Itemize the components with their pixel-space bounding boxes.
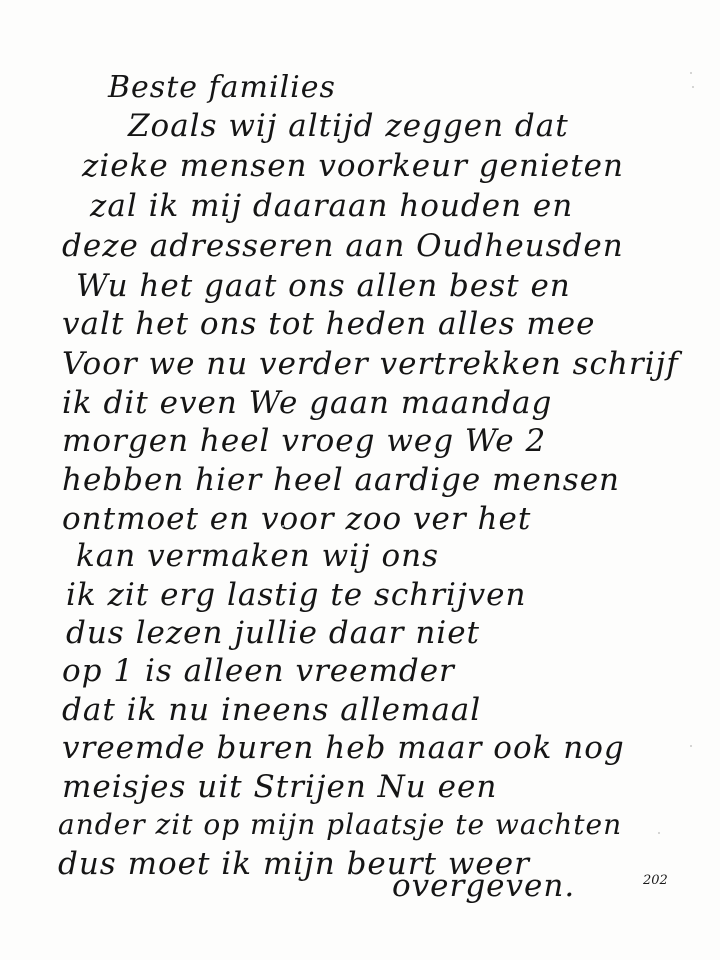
letter-line: dat ik nu ineens allemaal: [62, 692, 481, 728]
letter-line: deze adresseren aan Oudheusden: [62, 228, 624, 264]
scan-speck: [282, 525, 284, 527]
letter-line: hebben hier heel aardige mensen: [62, 462, 620, 498]
letter-line: vreemde buren heb maar ook nog: [62, 730, 625, 766]
letter-line: Wu het gaat ons allen best en: [76, 268, 571, 304]
letter-line: op 1 is alleen vreemder: [62, 653, 455, 689]
scan-speck: [692, 86, 694, 88]
letter-line: overgeven.: [392, 868, 575, 904]
letter-line: zal ik mij daaraan houden en: [90, 188, 573, 224]
letter-line: ontmoet en voor zoo ver het: [62, 501, 531, 537]
salutation: Beste families: [108, 70, 336, 105]
letter-page: Beste families Zoals wij altijd zeggen d…: [0, 0, 720, 960]
letter-line: zieke mensen voorkeur genieten: [82, 148, 624, 184]
page-number: 202: [643, 873, 668, 888]
scan-speck: [690, 745, 692, 747]
letter-line: ander zit op mijn plaatsje te wachten: [58, 808, 622, 841]
letter-line: Voor we nu verder vertrekken schrijf: [62, 346, 679, 382]
letter-line: kan vermaken wij ons: [76, 538, 439, 574]
scan-speck: [658, 832, 660, 834]
letter-line: ik zit erg lastig te schrijven: [66, 577, 526, 613]
letter-line: dus lezen jullie daar niet: [66, 615, 480, 651]
letter-line: morgen heel vroeg weg We 2: [62, 423, 546, 459]
letter-line: Zoals wij altijd zeggen dat: [128, 108, 569, 144]
letter-line: meisjes uit Strijen Nu een: [62, 769, 497, 805]
scan-speck: [340, 448, 342, 450]
letter-line: valt het ons tot heden alles mee: [62, 306, 596, 342]
scan-speck: [690, 72, 692, 74]
letter-line: ik dit even We gaan maandag: [62, 385, 552, 421]
